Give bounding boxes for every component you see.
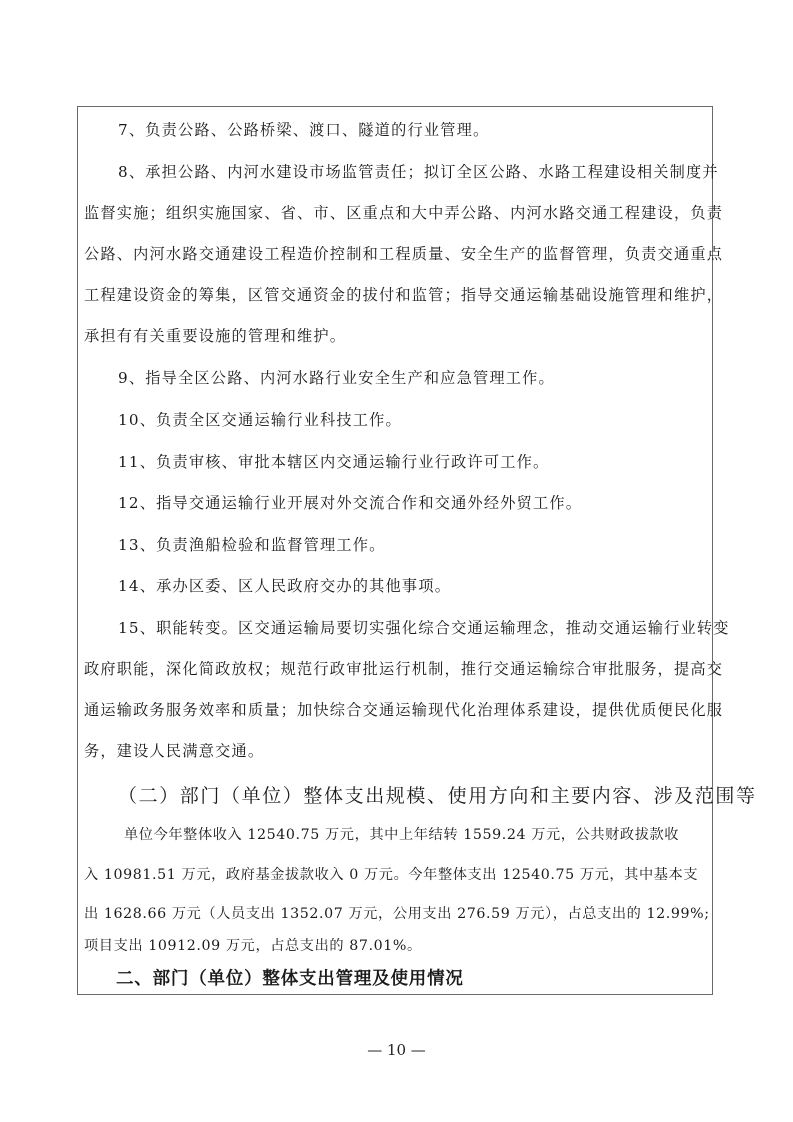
duty-item-13-line-1: 13、负责渔船检验和监督管理工作。 xyxy=(118,535,386,555)
duty-item-9-line-1: 9、指导全区公路、内河水路行业安全生产和应急管理工作。 xyxy=(118,368,555,388)
duty-item-8-line-2: 监督实施；组织实施国家、省、市、区重点和大中弄公路、内河水路交通工程建设，负责 xyxy=(84,203,723,223)
duty-item-15-line-3: 通运输政务服务效率和质量；加快综合交通运输现代化治理体系建设，提供优质便民化服 xyxy=(84,700,723,720)
section-heading: 二、部门（单位）整体支出管理及使用情况 xyxy=(116,967,464,991)
duty-item-15-line-1: 15、职能转变。区交通运输局要切实强化综合交通运输理念，推动交通运输行业转变 xyxy=(118,618,730,638)
duty-item-10-line-1: 10、负责全区交通运输行业科技工作。 xyxy=(118,410,402,430)
budget-paragraph-line-2: 入 10981.51 万元，政府基金拔款收入 0 万元。今年整体支出 12540… xyxy=(84,865,698,885)
duty-item-8-line-3: 公路、内河水路交通建设工程造价控制和工程质量、安全生产的监督管理，负责交通重点 xyxy=(84,244,723,264)
budget-paragraph-line-3: 出 1628.66 万元（人员支出 1352.07 万元，公用支出 276.59… xyxy=(84,904,710,924)
budget-paragraph-line-1: 单位今年整体收入 12540.75 万元，其中上年结转 1559.24 万元，公… xyxy=(124,825,679,845)
duty-item-7-line-1: 7、负责公路、公路桥梁、渡口、隧道的行业管理。 xyxy=(118,120,489,140)
duty-item-15-line-2: 政府职能，深化简政放权；规范行政审批运行机制，推行交通运输综合审批服务，提高交 xyxy=(84,659,723,679)
duty-item-11-line-1: 11、负责审核、审批本辖区内交通运输行业行政许可工作。 xyxy=(118,452,549,472)
duty-item-14-line-1: 14、承办区委、区人民政府交办的其他事项。 xyxy=(118,576,451,596)
duty-item-8-line-1: 8、承担公路、内河水建设市场监管责任；拟订全区公路、水路工程建设相关制度并 xyxy=(118,162,719,182)
duty-item-15-line-4: 务，建设人民满意交通。 xyxy=(84,741,264,761)
duty-item-8-line-4: 工程建设资金的筹集，区管交通资金的拔付和监管；指导交通运输基础设施管理和维护， xyxy=(84,285,723,305)
budget-paragraph-line-4: 项目支出 10912.09 万元，占总支出的 87.01%。 xyxy=(84,936,422,956)
duty-item-12-line-1: 12、指导交通运输行业开展对外交流合作和交通外经外贸工作。 xyxy=(118,493,582,513)
page-number: — 10 — xyxy=(0,1040,793,1060)
duty-item-8-line-5: 承担有有关重要设施的管理和维护。 xyxy=(84,326,346,346)
subsection-heading: （二）部门（单位）整体支出规模、使用方向和主要内容、涉及范围等 xyxy=(118,784,757,808)
